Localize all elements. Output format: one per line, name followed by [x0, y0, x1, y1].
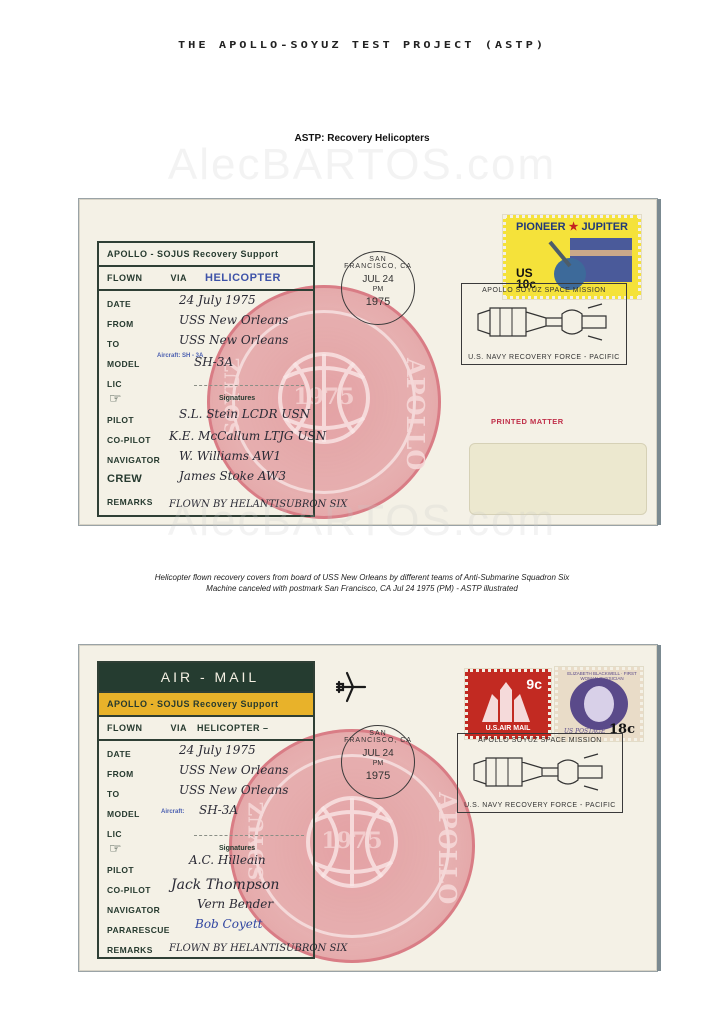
pararescue-signature: Bob Coyett [195, 917, 262, 931]
card-fields: DATE 24 July 1975 FROM USS New Orleans T… [99, 291, 313, 511]
to-label: TO [107, 789, 119, 799]
portrait-icon [584, 686, 614, 722]
cover-edge [657, 645, 661, 971]
cachet-top-text: APOLLO SOYUZ SPACE MISSION [462, 287, 626, 294]
stamp-title-right: JUPITER [582, 221, 628, 233]
crew-signature: James Stoke AW3 [179, 469, 286, 483]
navigator-signature: W. Williams AW1 [179, 449, 281, 463]
flown-label: FLOWN [107, 273, 143, 283]
postmark-city: SAN FRANCISCO, CA [342, 256, 414, 270]
card-header: APOLLO - SOJUS Recovery Support [99, 243, 313, 267]
from-value: USS New Orleans [179, 313, 288, 327]
from-label: FROM [107, 319, 134, 329]
from-value: USS New Orleans [179, 763, 288, 777]
date-label: DATE [107, 749, 131, 759]
recovery-card: AIR - MAIL APOLLO - SOJUS Recovery Suppo… [97, 661, 315, 959]
remarks-value: FLOWN BY HELANTISUBRON SIX [169, 943, 347, 954]
pilot-label: PILOT [107, 415, 134, 425]
flown-via-row: FLOWN VIA HELICOPTER [99, 267, 313, 291]
postmark-time: PM [342, 760, 414, 767]
remarks-label: REMARKS [107, 945, 153, 955]
aircraft-tag: Aircraft: [161, 809, 184, 815]
card-fields: DATE 24 July 1975 FROM USS New Orleans T… [99, 741, 313, 955]
page-title: The Apollo-Soyuz Test Project (ASTP) [0, 39, 724, 50]
crew-label: CREW [107, 473, 142, 485]
cover-2: 1975 APOLLO SOYUZ AIR - MAIL APOLLO - SO… [78, 644, 658, 972]
delta-wing-icon [478, 682, 534, 722]
san-francisco-postmark: SAN FRANCISCO, CA JUL 24 PM 1975 [341, 251, 415, 325]
date-label: DATE [107, 299, 131, 309]
copilot-label: CO-PILOT [107, 885, 151, 895]
watermark: AlecBARTOS.com [0, 140, 724, 190]
copilot-signature: K.E. McCallum LTJG USN [169, 429, 326, 443]
model-label: MODEL [107, 359, 140, 369]
model-value: SH-3A [194, 355, 233, 369]
postmark-year: 1975 [342, 770, 414, 782]
cachet-bottom-text: U.S. NAVY RECOVERY FORCE - PACIFIC [462, 354, 626, 361]
printed-matter-stamp: PRINTED MATTER [491, 417, 564, 426]
pilot-signature: S.L. Stein LCDR USN [179, 407, 310, 421]
san-francisco-postmark: SAN FRANCISCO, CA JUL 24 PM 1975 [341, 725, 415, 799]
via-label: VIA [171, 723, 188, 733]
cachet-bottom-text: U.S. NAVY RECOVERY FORCE - PACIFIC [458, 802, 622, 809]
navigator-label: NAVIGATOR [107, 905, 160, 915]
via-value: HELICOPTER – [197, 723, 269, 733]
pilot-signature: A.C. Hilleain [189, 853, 266, 867]
lic-label: LIC [107, 829, 122, 839]
caption: Helicopter flown recovery covers from bo… [0, 572, 724, 594]
model-value: SH-3A [199, 803, 238, 817]
via-label: VIA [171, 273, 188, 283]
divider [194, 835, 304, 836]
from-label: FROM [107, 769, 134, 779]
recovery-card: APOLLO - SOJUS Recovery Support FLOWN VI… [97, 241, 315, 517]
signatures-label: Signatures [219, 845, 255, 852]
navigator-label: NAVIGATOR [107, 455, 160, 465]
date-value: 24 July 1975 [179, 743, 256, 757]
stamp-label: U.S.AIR MAIL [468, 725, 548, 732]
star-icon: ★ [569, 221, 579, 233]
navy-recovery-cachet: APOLLO SOYUZ SPACE MISSION U.S. NAVY REC… [457, 733, 623, 813]
date-value: 24 July 1975 [179, 293, 256, 307]
airmail-header: AIR - MAIL [99, 663, 313, 693]
pilot-label: PILOT [107, 865, 134, 875]
airmail-9c-stamp: 9c U.S.AIR MAIL [465, 669, 551, 739]
watermark: AlecBARTOS.com [0, 496, 724, 546]
to-value: USS New Orleans [179, 783, 288, 797]
navigator-signature: Vern Bender [197, 897, 273, 911]
flown-via-row: FLOWN VIA HELICOPTER – [99, 717, 313, 741]
flown-label: FLOWN [107, 723, 143, 733]
stamp-title: PIONEER ★ JUPITER [506, 220, 638, 233]
model-label: MODEL [107, 809, 140, 819]
pointing-hand-icon: ☞ [109, 841, 122, 857]
apollo-soyuz-spacecraft-icon [476, 302, 612, 342]
to-value: USS New Orleans [179, 333, 288, 347]
navy-recovery-cachet: APOLLO SOYUZ SPACE MISSION U.S. NAVY REC… [461, 283, 627, 365]
pointing-hand-icon: ☞ [109, 391, 122, 407]
airplane-icon [333, 669, 369, 705]
cachet-top-text: APOLLO SOYUZ SPACE MISSION [458, 737, 622, 744]
cover-1: 1975 APOLLO SOYUZ APOLLO - SOJUS Recover… [78, 198, 658, 526]
via-value: HELICOPTER [205, 272, 281, 284]
seal-apollo-text: APOLLO [401, 358, 430, 470]
postmark-date: JUL 24 [342, 748, 414, 759]
apollo-soyuz-spacecraft-icon [472, 752, 608, 792]
to-label: TO [107, 339, 119, 349]
postmark-date: JUL 24 [342, 274, 414, 285]
divider [194, 385, 304, 386]
copilot-signature: Jack Thompson [171, 877, 279, 893]
lic-label: LIC [107, 379, 122, 389]
cover-edge [657, 199, 661, 525]
copilot-label: CO-PILOT [107, 435, 151, 445]
postmark-city: SAN FRANCISCO, CA [342, 730, 414, 744]
pararescue-label: PARARESCUE [107, 925, 170, 935]
stamp-title-left: PIONEER [516, 221, 566, 233]
blackwell-18c-stamp: ELIZABETH BLACKWELL · FIRST WOMAN PHYSIC… [555, 667, 643, 741]
postmark-time: PM [342, 286, 414, 293]
signatures-label: Signatures [219, 395, 255, 402]
caption-line-2: Machine canceled with postmark San Franc… [0, 583, 724, 594]
card-header: APOLLO - SOJUS Recovery Support [99, 693, 313, 717]
caption-line-1: Helicopter flown recovery covers from bo… [0, 572, 724, 583]
postmark-year: 1975 [342, 296, 414, 308]
